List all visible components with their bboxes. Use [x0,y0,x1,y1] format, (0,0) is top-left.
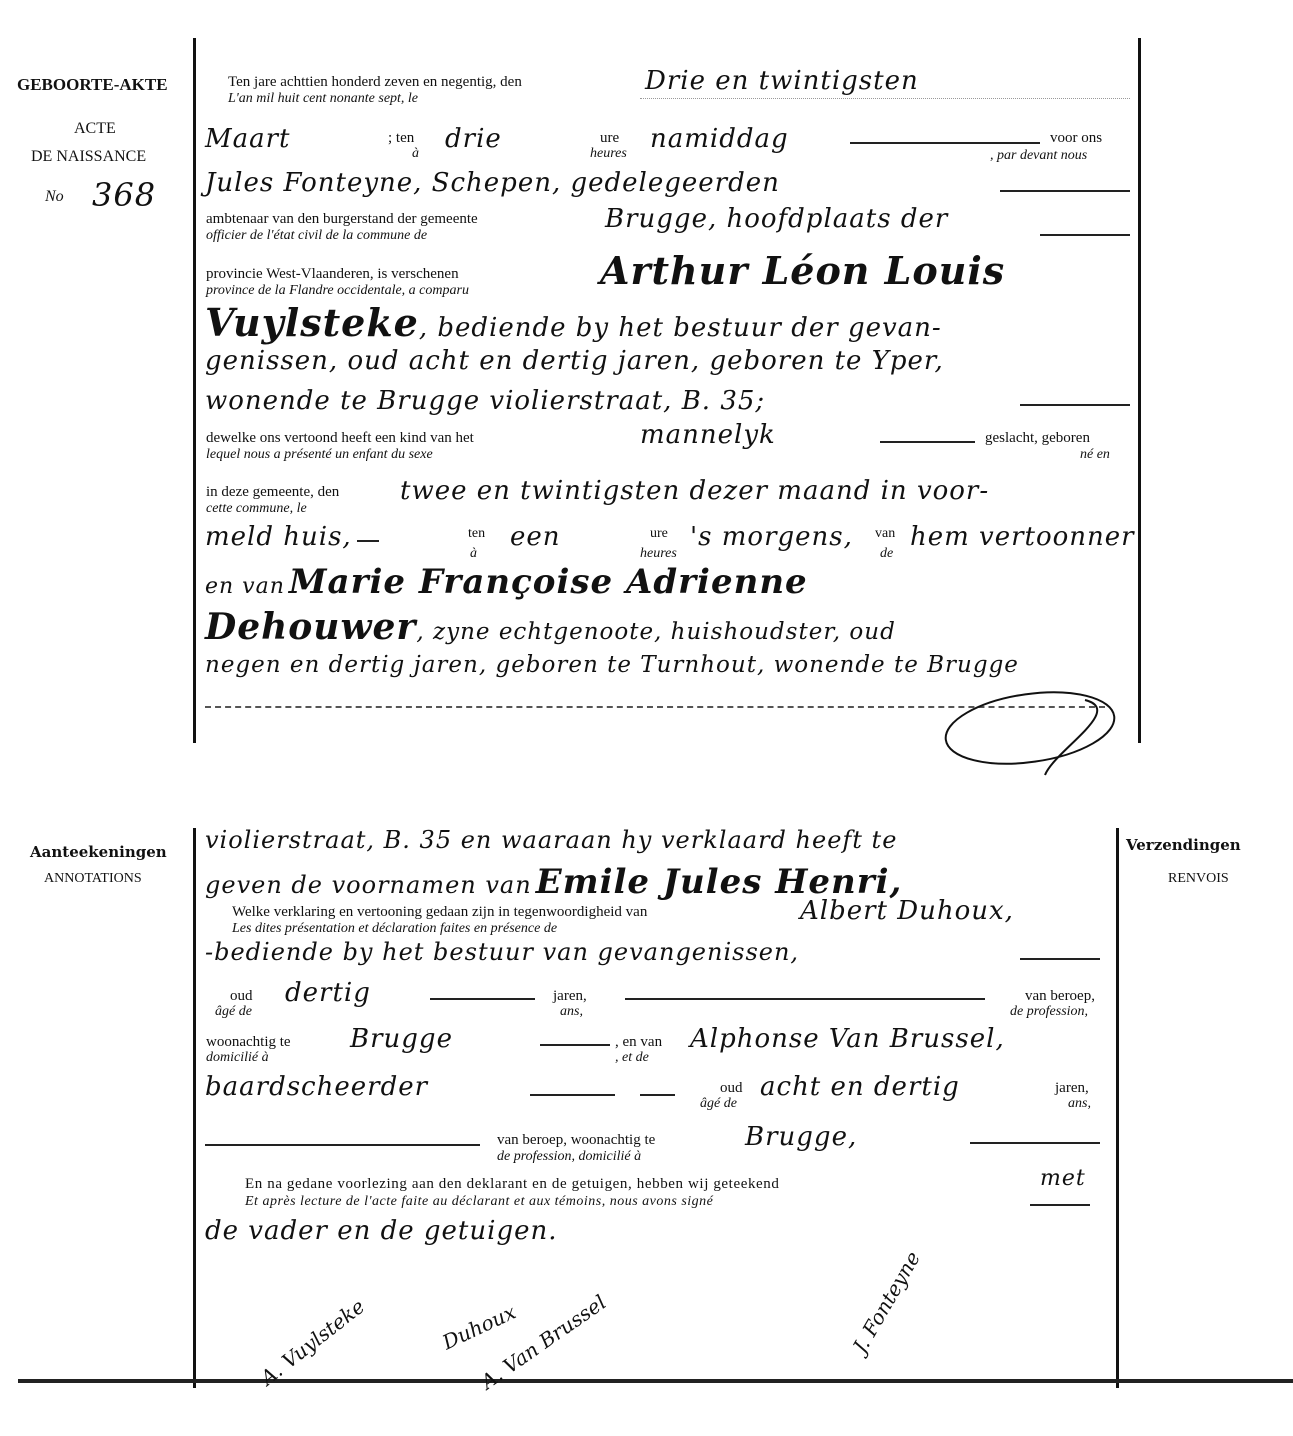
text-geslacht: geslacht, geboren [985,430,1090,446]
hand-shown-by: hem vertoonner [910,522,1135,552]
mother-line: en van Marie Françoise Adrienne [205,562,808,602]
record-number-label: No [45,188,64,206]
hand-sex: mannelyk [640,420,776,450]
page1-right-border [1138,38,1141,743]
text-lequel: lequel nous a présenté un enfant du sexe [206,447,433,462]
hand-witness2-name: Alphonse Van Brussel, [690,1024,1005,1054]
text-et-apres: Et après lecture de l'acte faite au décl… [245,1194,713,1209]
text-jaren-2: jaren, [1055,1080,1089,1096]
hand-witness1-name: Albert Duhoux, [800,896,1014,926]
text-dewelke: dewelke ons vertoond heeft een kind van … [206,430,474,446]
hand-witness1-residence: Brugge [350,1024,453,1054]
hand-birth-date: twee en twintigsten dezer maand in voor- [400,476,989,506]
text-en-na-gedane: En na gedane voorlezing aan den deklaran… [245,1176,780,1192]
hand-declarant-surname: Vuylsteke [205,300,419,345]
acte-label: ACTE [74,120,116,138]
fill-dash [970,1142,1100,1144]
signature-witness-duhoux: Duhoux [439,1300,520,1355]
fill-dash [1020,958,1100,960]
declarant-line: Vuylsteke, bediende by het bestuur der g… [205,300,942,345]
text-voor-ons: voor ons [1050,130,1102,146]
text-van: van [875,526,895,542]
text-welke: Welke verklaring en vertooning gedaan zi… [232,904,647,920]
hand-met: met [1040,1166,1086,1191]
page2-right-border [1116,828,1119,1388]
hand-witness2-age: acht en dertig [760,1072,960,1102]
page2-bottom-rule [18,1379,1293,1383]
fill-dash [640,1094,675,1096]
text-ans: ans, [560,1004,583,1019]
fill-dash [357,540,379,542]
text-heures: heures [590,146,627,161]
page2-left-border [193,828,196,1388]
text-ans-2: ans, [1068,1096,1091,1111]
text-devant: , par devant nous [990,148,1087,163]
text-ambtenaar: ambtenaar van den burgerstand der gemeen… [206,211,478,227]
text-de-profession: de profession, [1010,1004,1088,1019]
fill-dash [430,998,535,1000]
annotations-title: Aanteekeningen [30,843,167,861]
renvois-subtitle: RENVOIS [1168,871,1229,887]
text-domicilie: domicilié à [206,1050,269,1065]
text-provincie: provincie West-Vlaanderen, is verschenen [206,266,459,282]
hand-mother-details: negen en dertig jaren, geboren te Turnho… [205,652,1019,678]
fill-dash [625,998,985,1000]
text-oud: oud [230,988,253,1004]
page1-left-border [193,38,196,743]
hand-commune: Brugge, hoofdplaats der [605,204,948,234]
text-woonachtig: woonachtig te [206,1034,291,1050]
text-age-de: âgé de [215,1004,252,1019]
hand-witness2-occupation: baardscheerder [205,1072,428,1102]
fill-dash [1000,190,1130,192]
hand-continuation: violierstraat, B. 35 en waaraan hy verkl… [205,826,897,854]
hand-witness1-age: dertig [285,978,371,1008]
fill-line [640,98,1130,99]
mother-surname-line: Dehouwer, zyne echtgenoote, huishoudster… [205,606,896,648]
annotations-subtitle: ANNOTATIONS [44,871,142,887]
fill-dash [880,441,975,443]
text-year-fr: L'an mil huit cent nonante sept, le [228,91,418,106]
hand-morning: 's morgens, [690,522,853,552]
hand-declarant-given-names: Arthur Léon Louis [600,248,1005,293]
fill-dash [540,1044,610,1046]
text-heures-2: heures [640,546,677,561]
text-oud-2: oud [720,1080,743,1096]
hand-time: namiddag [650,124,789,154]
text-age-de-2: âgé de [700,1096,737,1111]
text-commune: cette commune, le [206,501,307,516]
signature-father: A. Vuylsteke [256,1294,369,1390]
text-van-beroep-2: van beroep, woonachtig te [497,1132,655,1148]
hand-declarant-occupation: , bediende by het bestuur der gevan- [419,313,942,343]
hand-birth-hour: een [510,522,561,552]
hand-day: Drie en twintigsten [645,66,919,96]
hand-mother-given-names: Marie Françoise Adrienne [289,562,808,602]
text-van-beroep: van beroep, [1025,988,1095,1004]
naissance-label: DE NAISSANCE [31,148,146,166]
signature-official: J. Fonteyne [848,1247,925,1357]
fill-dash [205,1144,480,1146]
text-a-2: à [470,546,477,561]
text-year-nl: Ten jare achttien honderd zeven en negen… [228,74,522,90]
text-a: à [412,146,419,161]
text-officier: officier de l'état civil de la commune d… [206,228,427,243]
text-ten: ; ten [388,130,414,146]
text-ure-2: ure [650,526,668,542]
text-en-van: , en van [615,1034,662,1050]
hand-witness2-residence: Brugge, [745,1122,857,1152]
child-name-line: geven de voornamen van Emile Jules Henri… [205,862,902,902]
text-gemeente: in deze gemeente, den [206,484,339,500]
fill-dash [1030,1204,1090,1206]
hand-mother-surname: Dehouwer [205,606,416,648]
hand-declarant-address: wonende te Brugge violierstraat, B. 35; [205,386,765,416]
hand-en-van: en van [205,574,285,599]
text-les-dites: Les dites présentation et déclaration fa… [232,921,557,936]
paraph-flourish [935,680,1125,790]
birth-record-title: GEBOORTE-AKTE [17,75,168,95]
hand-signed-by: de vader en de getuigen. [205,1216,557,1246]
hand-official: Jules Fonteyne, Schepen, gedelegeerden [205,168,780,198]
text-de-profession-2: de profession, domicilié à [497,1149,641,1164]
hand-given-names-of: geven de voornamen van [205,871,532,899]
text-jaren: jaren, [553,988,587,1004]
fill-dash [1040,234,1130,236]
text-de: de [880,546,893,561]
hand-hour: drie [445,124,502,154]
hand-declarant-details: genissen, oud acht en dertig jaren, gebo… [205,346,944,376]
text-ne-en: né en [1080,447,1110,462]
hand-month: Maart [205,124,291,154]
text-ure: ure [600,130,619,146]
fill-dash [530,1094,615,1096]
hand-birth-place: meld huis, [205,522,352,552]
fill-dash [1020,404,1130,406]
text-province: province de la Flandre occidentale, a co… [206,283,469,298]
renvois-title: Verzendingen [1126,836,1241,854]
hand-witness1-occupation: -bediende by het bestuur van gevangeniss… [205,938,799,966]
hand-mother-occupation: , zyne echtgenoote, huishoudster, oud [416,619,895,645]
text-ten-2: ten [468,526,485,542]
record-number-value: 368 [92,176,156,214]
text-et-de: , et de [615,1050,649,1065]
fill-dash [850,142,1040,144]
